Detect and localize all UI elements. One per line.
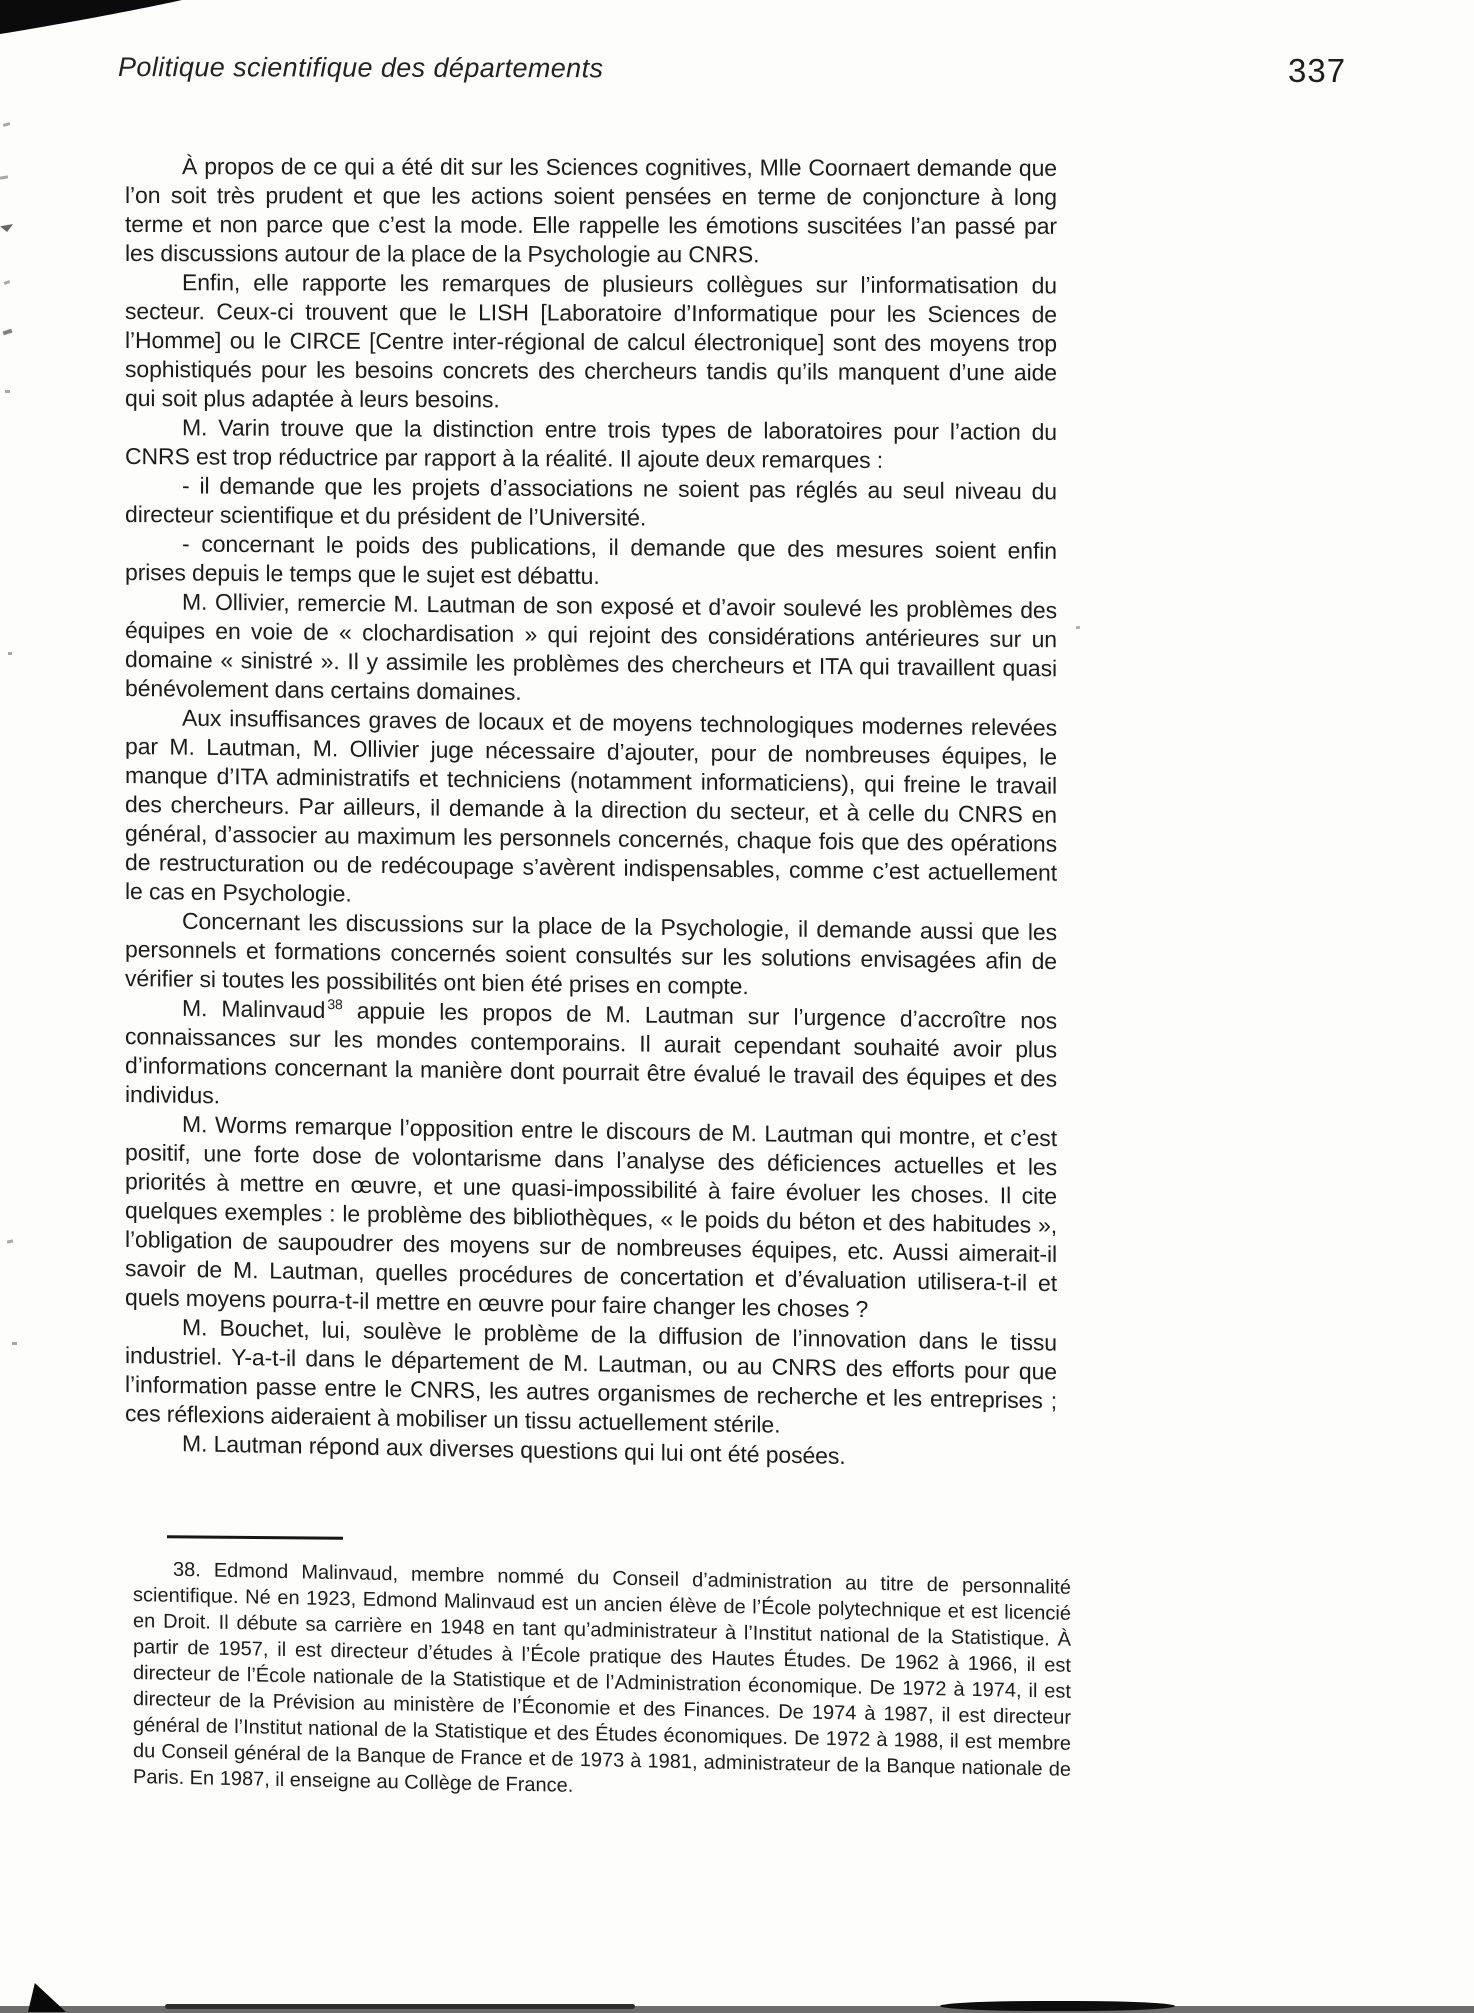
scan-wedge-artifact (28, 1983, 66, 2012)
body-paragraph: M. Bouchet, lui, soulève le problème de … (125, 1312, 1057, 1445)
scan-speck (3, 329, 13, 336)
scan-speck (0, 175, 8, 179)
running-header-title: Politique scientifique des départements (118, 52, 603, 84)
body-paragraph: - il demande que les projets d’associati… (125, 471, 1057, 535)
footnote-separator (167, 1535, 343, 1540)
scan-speck (0, 224, 13, 232)
footnote-ref: 38 (327, 996, 342, 1012)
scan-smudge (165, 2004, 635, 2009)
body-paragraph: M. Worms remarque l’opposition entre le … (125, 1109, 1057, 1327)
scan-corner-artifact (0, 0, 210, 44)
scan-speck (3, 122, 11, 127)
body-paragraphs: À propos de ce qui a été dit sur les Sci… (125, 152, 1057, 1457)
body-paragraph: M. Varin trouve que la distinction entre… (125, 413, 1057, 476)
scan-smudge (940, 2001, 1175, 2011)
footnote: 38. Edmond Malinvaud, membre nommé du Co… (133, 1556, 1071, 1809)
body-paragraph: Enfin, elle rapporte les remarques de pl… (125, 268, 1057, 416)
scan-speck (12, 1342, 17, 1345)
scan-speck (4, 280, 11, 285)
body-paragraph: À propos de ce qui a été dit sur les Sci… (125, 152, 1057, 270)
scan-speck (5, 390, 10, 393)
body-paragraph: - concernant le poids des publications, … (125, 529, 1057, 595)
body-paragraph: Aux insuffisances graves de locaux et de… (125, 703, 1057, 917)
scanned-page: { "colors": { "paper": "#fdfdfb", "ink":… (0, 0, 1474, 2013)
scan-speck (7, 1239, 13, 1243)
page-number: 337 (1288, 52, 1346, 90)
scan-speck (8, 652, 12, 655)
scan-speck (1076, 626, 1080, 629)
body-paragraph: M. Ollivier, remercie M. Lautman de son … (125, 587, 1057, 712)
body-paragraph: M. Malinvaud38 appuie les propos de M. L… (125, 993, 1057, 1123)
body-paragraph: Concernant les discussions sur la place … (125, 906, 1057, 1005)
